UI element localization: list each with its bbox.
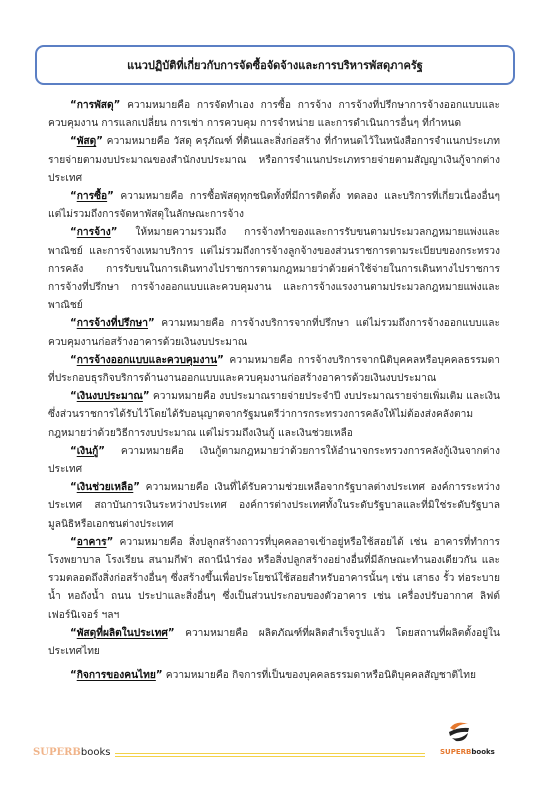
term-label: เงินช่วยเหลือ xyxy=(77,482,134,493)
definition-term: “พัสดุที่ผลิตในประเทศ” xyxy=(70,628,175,639)
term-label: เงินงบประมาณ xyxy=(77,391,143,402)
footer-double-rule xyxy=(115,753,425,757)
definition-item: “การจ้างออกแบบและควบคุมงาน” ความหมายคือ … xyxy=(48,352,500,388)
definition-item: “เงินช่วยเหลือ” ความหมายคือ เงินที่ได้รั… xyxy=(48,479,500,534)
definition-item: “เงินกู้” ความหมายคือ เงินกู้ตามกฎหมายว่… xyxy=(48,443,500,479)
term-label: การจ้างออกแบบและควบคุมงาน xyxy=(77,355,217,366)
brand-books: books xyxy=(471,748,494,756)
definition-item: “การพัสดุ” ความหมายคือ การจัดทำเอง การซื… xyxy=(48,97,500,133)
definition-term: “เงินกู้” xyxy=(70,446,105,457)
definition-text: ความหมายคือ สิ่งปลูกสร้างถาวรที่บุคคลอาจ… xyxy=(48,537,500,621)
definition-term: “เงินช่วยเหลือ” xyxy=(70,482,140,493)
definition-term: “การจ้างออกแบบและควบคุมงาน” xyxy=(70,355,224,366)
brand-super: SUPERB xyxy=(33,747,81,758)
term-label: การจ้าง xyxy=(77,227,111,238)
definition-text: ความหมายคือ เงินกู้ตามกฎหมายว่าด้วยการให… xyxy=(48,446,500,475)
definition-item: “การซื้อ” ความหมายคือ การซื้อพัสดุทุกชนิ… xyxy=(48,188,500,224)
footer-brand-text: SUPERBbooks xyxy=(33,747,110,758)
term-label: การจ้างที่ปรึกษา xyxy=(77,318,148,329)
definition-item: “เงินงบประมาณ” ความหมายคือ งบประมาณรายจ่… xyxy=(48,388,500,443)
definition-item: “พัสดุที่ผลิตในประเทศ” ความหมายคือ ผลิตภ… xyxy=(48,625,500,661)
term-label: กิจการของคนไทย xyxy=(77,670,156,681)
swirl-logo-icon xyxy=(446,718,472,744)
definition-term: “เงินงบประมาณ” xyxy=(70,391,150,402)
definition-text: ความหมายคือ วัสดุ ครุภัณฑ์ ที่ดินและสิ่ง… xyxy=(48,136,500,183)
definition-text: ความหมายคือ การซื้อพัสดุทุกชนิดทั้งที่มี… xyxy=(48,191,500,220)
definition-item: “อาคาร” ความหมายคือ สิ่งปลูกสร้างถาวรที่… xyxy=(48,534,500,625)
definition-term: “กิจการของคนไทย” xyxy=(70,670,163,681)
definition-term: “การพัสดุ” xyxy=(70,100,120,111)
term-label: การพัสดุ xyxy=(77,100,114,111)
brand-super: SUPERB xyxy=(440,748,471,756)
title-box: แนวปฏิบัติที่เกี่ยวกับการจัดซื้อจัดจ้างแ… xyxy=(35,45,515,85)
page-footer: SUPERBbooks SUPERBbooks xyxy=(33,740,523,770)
term-label: เงินกู้ xyxy=(77,446,99,457)
definition-item: “กิจการของคนไทย” ความหมายคือ กิจการที่เป… xyxy=(48,667,500,685)
term-label: พัสดุ xyxy=(77,136,97,147)
definition-term: “การจ้างที่ปรึกษา” xyxy=(70,318,155,329)
definition-item: “การจ้างที่ปรึกษา” ความหมายคือ การจ้างบร… xyxy=(48,315,500,351)
definition-term: “พัสดุ” xyxy=(70,136,103,147)
definition-text: ให้หมายความรวมถึง การจ้างทำของและการรับข… xyxy=(48,227,500,311)
term-label: อาคาร xyxy=(77,537,107,548)
definition-item: “พัสดุ” ความหมายคือ วัสดุ ครุภัณฑ์ ที่ดิ… xyxy=(48,133,500,188)
term-label: การซื้อ xyxy=(77,191,107,202)
definition-term: “การซื้อ” xyxy=(70,191,114,202)
page-title: แนวปฏิบัติที่เกี่ยวกับการจัดซื้อจัดจ้างแ… xyxy=(127,56,423,74)
definition-term: “การจ้าง” xyxy=(70,227,117,238)
brand-books: books xyxy=(81,747,111,758)
definitions-list: “การพัสดุ” ความหมายคือ การจัดทำเอง การซื… xyxy=(48,97,500,686)
definition-text: ความหมายคือ กิจการที่เป็นของบุคคลธรรมดาห… xyxy=(163,670,476,681)
superbooks-logo: SUPERBbooks xyxy=(428,718,492,764)
logo-wordmark: SUPERBbooks xyxy=(440,748,495,756)
definition-term: “อาคาร” xyxy=(70,537,113,548)
definition-item: “การจ้าง” ให้หมายความรวมถึง การจ้างทำของ… xyxy=(48,224,500,315)
term-label: พัสดุที่ผลิตในประเทศ xyxy=(77,628,168,639)
document-page: แนวปฏิบัติที่เกี่ยวกับการจัดซื้อจัดจ้างแ… xyxy=(0,0,557,791)
